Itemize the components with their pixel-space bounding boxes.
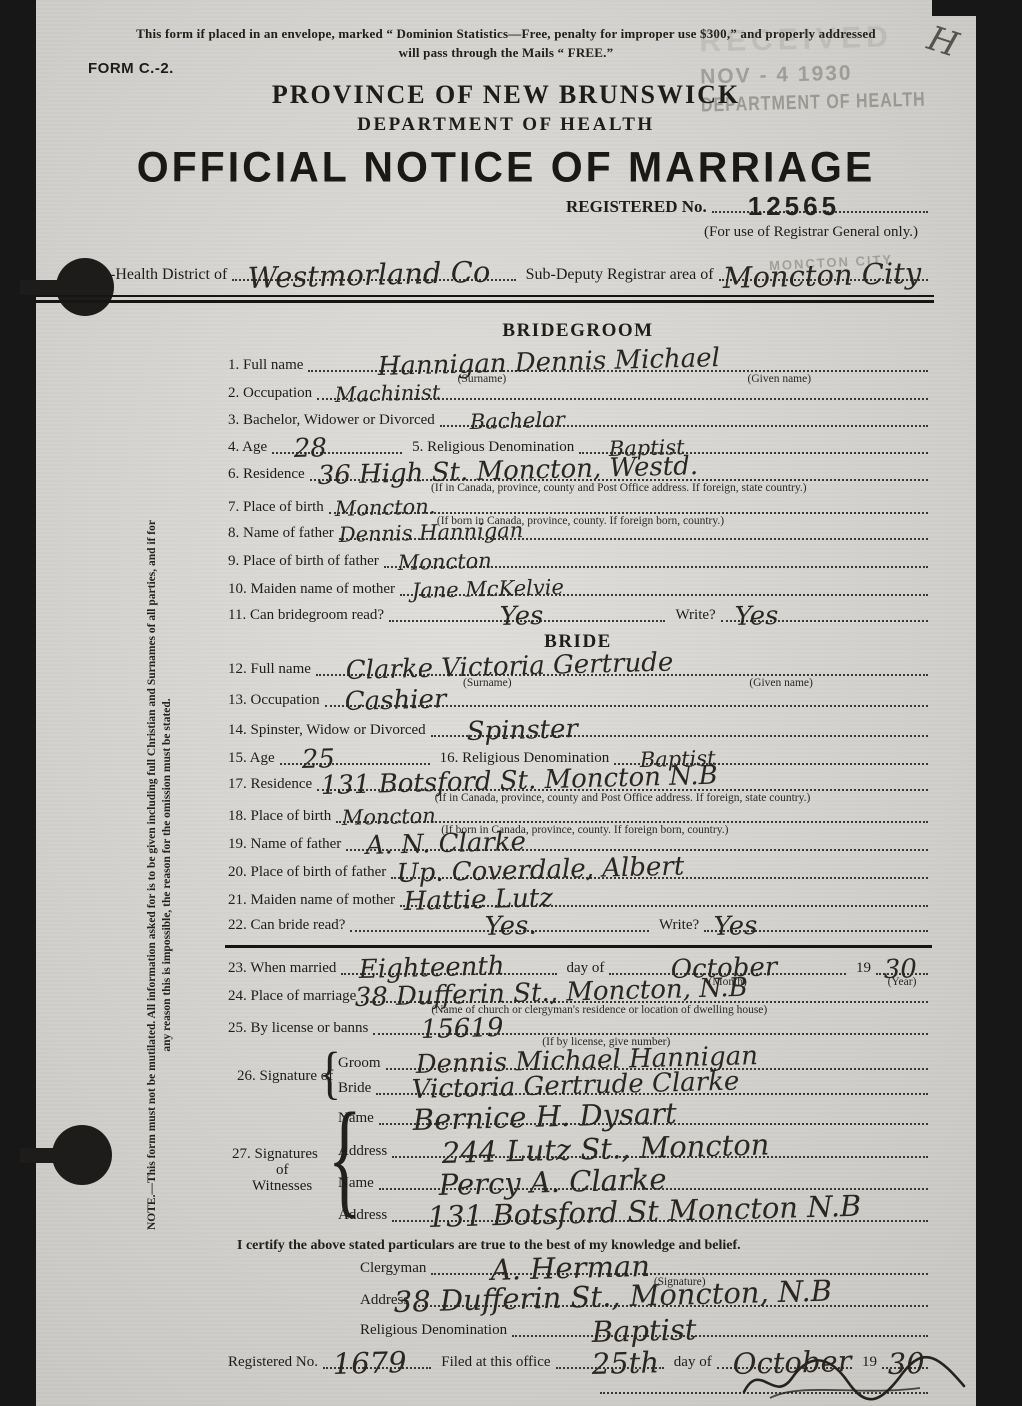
groom-age-label: 4. Age <box>228 439 272 456</box>
groom-signature-label: Groom <box>338 1055 386 1072</box>
when-married-year-prefix: 19 <box>846 960 876 977</box>
clergyman-denomination-line: Baptist <box>512 1333 928 1337</box>
groom-status-line: Bachelor <box>440 423 928 427</box>
when-married-day-line: Eighteenth <box>341 971 556 975</box>
clergyman-denomination-value: Baptist <box>592 1321 697 1341</box>
header-divider <box>35 295 934 303</box>
groom-residence-caption: (If in Canada, province, county and Post… <box>431 480 807 497</box>
bride-mother-line: Hattie Lutz <box>400 903 928 907</box>
groom-father-label: 8. Name of father <box>228 525 339 542</box>
groom-age-line: 28 <box>272 450 402 454</box>
groom-father-line: Dennis Hannigan <box>339 536 928 540</box>
bride-birthplace-line: Moncton (If born in Canada, province, co… <box>336 819 928 823</box>
bride-full-name-line: Clarke Victoria Gertrude (Surname) (Give… <box>316 672 928 676</box>
license-label: 25. By license or banns <box>228 1020 373 1037</box>
groom-mother-value: Jane McKelvie <box>412 579 565 600</box>
groom-status-value: Bachelor <box>469 412 564 431</box>
witness2-name-value: Percy A. Clarke <box>438 1171 666 1194</box>
registered-no-value: 12565 <box>748 198 840 215</box>
province-title: PROVINCE OF NEW BRUNSWICK <box>36 80 976 110</box>
clergyman-signature-value: A. Herman <box>491 1258 651 1279</box>
witness2-address-value: 131 Botsford St Moncton N.B <box>428 1198 862 1226</box>
groom-mother-label: 10. Maiden name of mother <box>228 581 400 598</box>
registered-no-label: REGISTERED No. <box>566 198 712 215</box>
field-bride-residence: 17. Residence 131 Botsford St. Moncton N… <box>228 776 928 793</box>
bride-birthplace-value: Moncton <box>342 808 436 827</box>
health-district-line: Westmorland Co <box>232 277 515 281</box>
bride-father-birthplace-line: Up. Coverdale, Albert <box>391 875 928 879</box>
witness2-name-label: Name <box>338 1175 379 1192</box>
bride-signature-line: Victoria Gertrude Clarke <box>376 1091 928 1095</box>
witnesses-label-2: of <box>276 1162 289 1179</box>
scan-blemish-2 <box>0 1240 12 1300</box>
bride-status-label: 14. Spinster, Widow or Divorced <box>228 722 431 739</box>
groom-father-value: Dennis Hannigan <box>338 522 523 544</box>
bride-write-value: Yes <box>714 918 758 936</box>
form-number: FORM C.-2. <box>88 60 174 77</box>
registered-no-row: REGISTERED No. 12565 <box>566 198 928 215</box>
field-groom-father: 8. Name of father Dennis Hannigan <box>228 525 928 542</box>
groom-father-birthplace-line: Moncton <box>384 564 928 568</box>
field-groom-full-name: 1. Full name Hannigan Dennis Michael (Su… <box>228 357 928 374</box>
when-married-day-value: Eighteenth <box>359 958 505 979</box>
bride-occupation-label: 13. Occupation <box>228 692 325 709</box>
scan-blemish-1 <box>0 1160 14 1210</box>
groom-read-line: Yes <box>389 618 665 622</box>
groom-full-name-value: Hannigan Dennis Michael <box>378 350 721 376</box>
groom-religion-label: 5. Religious Denomination <box>402 439 579 456</box>
field-groom-residence: 6. Residence 36 High St. Moncton, Westd.… <box>228 466 928 483</box>
bride-occupation-value: Cashier <box>344 691 446 711</box>
bride-write-label: Write? <box>649 917 704 934</box>
bride-residence-caption: (If in Canada, province, county and Post… <box>435 790 811 807</box>
groom-write-value: Yes <box>734 608 778 626</box>
witness1-name-line: Bernice H. Dysart <box>379 1121 928 1125</box>
bride-residence-line: 131 Botsford St. Moncton N.B (If in Cana… <box>317 787 928 791</box>
field-place-of-marriage: 24. Place of marriage 38 Dufferin St., M… <box>228 988 928 1005</box>
groom-full-name-line: Hannigan Dennis Michael (Surname) (Given… <box>308 368 928 372</box>
witness1-address-value: 244 Lutz St., Moncton <box>442 1136 770 1162</box>
filing-registered-line: 1679 <box>323 1365 431 1369</box>
scan-edge-top-right <box>932 0 982 16</box>
field-bride-status: 14. Spinster, Widow or Divorced Spinster <box>228 722 928 739</box>
bride-mother-value: Hattie Lutz <box>404 890 554 911</box>
field-groom-status: 3. Bachelor, Widower or Divorced Bachelo… <box>228 412 928 429</box>
registrar-general-note: (For use of Registrar General only.) <box>704 224 918 241</box>
certify-statement: I certify the above stated particulars a… <box>237 1238 741 1254</box>
field-license-or-banns: 25. By license or banns 15619 (If by lic… <box>228 1020 928 1037</box>
groom-birthplace-line: Moncton. (If born in Canada, province, c… <box>329 510 928 514</box>
when-married-label: 23. When married <box>228 960 341 977</box>
scan-edge-right <box>976 0 1022 1406</box>
clergyman-address-line: 38 Dufferin St., Moncton, N.B <box>414 1303 928 1307</box>
groom-mother-line: Jane McKelvie <box>400 592 928 596</box>
groom-father-birthplace-label: 9. Place of birth of father <box>228 553 384 570</box>
filing-day-line: 25th <box>556 1365 664 1369</box>
bride-father-label: 19. Name of father <box>228 836 346 853</box>
field-when-married: 23. When married Eighteenth day of Octob… <box>228 960 928 977</box>
bride-residence-label: 17. Residence <box>228 776 317 793</box>
filing-dayof-label: day of <box>664 1354 717 1371</box>
hole-punch-bottom <box>52 1125 112 1185</box>
groom-write-line: Yes <box>721 618 928 622</box>
bride-occupation-line: Cashier <box>325 703 928 707</box>
witness2-address-row: Address 131 Botsford St Moncton N.B <box>338 1207 928 1224</box>
witness1-name-label: Name <box>338 1110 379 1127</box>
bridegroom-section-title: BRIDEGROOM <box>228 320 928 342</box>
bride-age-value: 25 <box>301 751 335 769</box>
witness1-name-row: Name Bernice H. Dysart <box>338 1110 928 1127</box>
field-bride-full-name: 12. Full name Clarke Victoria Gertrude (… <box>228 661 928 678</box>
when-married-dayof-label: day of <box>557 960 610 977</box>
field-bride-mother: 21. Maiden name of mother Hattie Lutz <box>228 892 928 909</box>
bride-father-birthplace-value: Up. Coverdale, Albert <box>397 858 685 883</box>
side-note: NOTE.—This form must not be mutilated. A… <box>145 519 175 1231</box>
clergyman-line: A. Herman (Signature) <box>431 1271 928 1275</box>
bride-cap-given-name: (Given name) <box>749 675 813 692</box>
witnesses-label-3: Witnesses <box>252 1178 312 1195</box>
witness1-address-label: Address <box>338 1143 392 1160</box>
place-of-marriage-label: 24. Place of marriage <box>228 988 361 1005</box>
place-of-marriage-line: 38 Dufferin St., Moncton, N.B (Name of c… <box>361 999 928 1003</box>
section-divider <box>225 945 932 948</box>
bride-age-line: 25 <box>280 761 430 765</box>
filing-registered-value: 1679 <box>333 1354 407 1373</box>
field-clergyman-address: Address 38 Dufferin St., Moncton, N.B <box>360 1292 928 1309</box>
sub-deputy-line: MONCTON CITY Moncton City <box>719 277 928 281</box>
groom-read-value: Yes <box>499 608 543 626</box>
bride-read-value: Yes. <box>484 918 536 936</box>
bride-father-birthplace-label: 20. Place of birth of father <box>228 864 391 881</box>
page-title: OFFICIAL NOTICE OF MARRIAGE <box>36 143 976 192</box>
witnesses-label-1: 27. Signatures <box>232 1146 318 1163</box>
bride-cap-surname: (Surname) <box>463 675 512 692</box>
bride-age-label: 15. Age <box>228 750 280 767</box>
field-groom-occupation: 2. Occupation Machinist <box>228 385 928 402</box>
groom-occupation-label: 2. Occupation <box>228 385 317 402</box>
witness1-address-row: Address 244 Lutz St., Moncton <box>338 1143 928 1160</box>
groom-status-label: 3. Bachelor, Widower or Divorced <box>228 412 440 429</box>
field-clergyman-denomination: Religious Denomination Baptist <box>360 1322 928 1339</box>
hole-punch-top <box>56 258 114 316</box>
registrar-signature <box>740 1352 970 1404</box>
health-district-value: Westmorland Co <box>248 264 491 287</box>
when-married-year-line: 30 (Year) <box>876 971 928 975</box>
bride-mother-label: 21. Maiden name of mother <box>228 892 400 909</box>
witness2-address-line: 131 Botsford St Moncton N.B <box>392 1218 928 1222</box>
department-title: DEPARTMENT OF HEALTH <box>36 114 976 136</box>
field-bride-father-birthplace: 20. Place of birth of father Up. Coverda… <box>228 864 928 881</box>
registered-no-line: 12565 <box>712 209 928 213</box>
groom-birthplace-label: 7. Place of birth <box>228 499 329 516</box>
bride-read-label: 22. Can bride read? <box>228 917 350 934</box>
witnesses-block: 27. Signatures of Witnesses { Name Berni… <box>228 1108 928 1232</box>
bride-status-line: Spinster <box>431 733 928 737</box>
field-bride-birthplace: 18. Place of birth Moncton (If born in C… <box>228 808 928 825</box>
field-bride-occupation: 13. Occupation Cashier <box>228 692 928 709</box>
license-line: 15619 (If by license, give number) <box>373 1031 928 1035</box>
field-bride-read-write: 22. Can bride read? Yes. Write? Yes <box>228 917 928 934</box>
clergyman-denomination-label: Religious Denomination <box>360 1322 512 1339</box>
health-district-label: -Health District of <box>110 266 232 283</box>
field-groom-read-write: 11. Can bridegroom read? Yes Write? Yes <box>228 607 928 624</box>
groom-occupation-line: Machinist <box>317 396 928 400</box>
groom-full-name-label: 1. Full name <box>228 357 308 374</box>
bride-status-value: Spinster <box>466 721 578 741</box>
groom-residence-line: 36 High St. Moncton, Westd. (If in Canad… <box>310 477 928 481</box>
field-groom-father-birthplace: 9. Place of birth of father Moncton <box>228 553 928 570</box>
witness2-address-label: Address <box>338 1207 392 1224</box>
filing-filed-label: Filed at this office <box>431 1354 555 1371</box>
bride-father-value: A. N. Clarke <box>366 834 527 855</box>
scanned-marriage-notice: This form if placed in an envelope, mark… <box>0 0 1022 1406</box>
groom-birthplace-value: Moncton. <box>334 498 435 518</box>
field-bride-father: 19. Name of father A. N. Clarke <box>228 836 928 853</box>
groom-father-birthplace-value: Moncton <box>397 553 491 572</box>
field-clergyman: Clergyman A. Herman (Signature) <box>360 1260 928 1277</box>
filing-registered-label: Registered No. <box>228 1354 323 1371</box>
bride-read-line: Yes. <box>350 928 648 932</box>
witness1-name-value: Bernice H. Dysart <box>412 1105 676 1129</box>
bride-write-line: Yes <box>704 928 928 932</box>
field-groom-mother: 10. Maiden name of mother Jane McKelvie <box>228 581 928 598</box>
filing-day-value: 25th <box>591 1354 659 1373</box>
field-groom-birthplace: 7. Place of birth Moncton. (If born in C… <box>228 499 928 516</box>
district-row: -Health District of Westmorland Co Sub-D… <box>110 266 928 283</box>
sub-deputy-label: Sub-Deputy Registrar area of <box>516 266 719 283</box>
bride-signature-value: Victoria Gertrude Clarke <box>412 1073 740 1099</box>
bride-father-line: A. N. Clarke <box>346 847 928 851</box>
bride-full-name-label: 12. Full name <box>228 661 316 678</box>
clergyman-address-value: 38 Dufferin St., Moncton, N.B <box>394 1283 833 1311</box>
license-value: 15619 <box>421 1020 504 1039</box>
bride-birthplace-label: 18. Place of birth <box>228 808 336 825</box>
bride-signature-row: Bride Victoria Gertrude Clarke <box>338 1080 928 1097</box>
groom-occupation-value: Machinist <box>335 384 441 404</box>
groom-write-label: Write? <box>665 607 720 624</box>
sub-deputy-value: Moncton City <box>722 265 921 287</box>
witness1-address-line: 244 Lutz St., Moncton <box>392 1154 928 1158</box>
groom-age-value: 28 <box>294 440 328 458</box>
groom-residence-label: 6. Residence <box>228 466 310 483</box>
groom-read-label: 11. Can bridegroom read? <box>228 607 389 624</box>
clergyman-label: Clergyman <box>360 1260 431 1277</box>
